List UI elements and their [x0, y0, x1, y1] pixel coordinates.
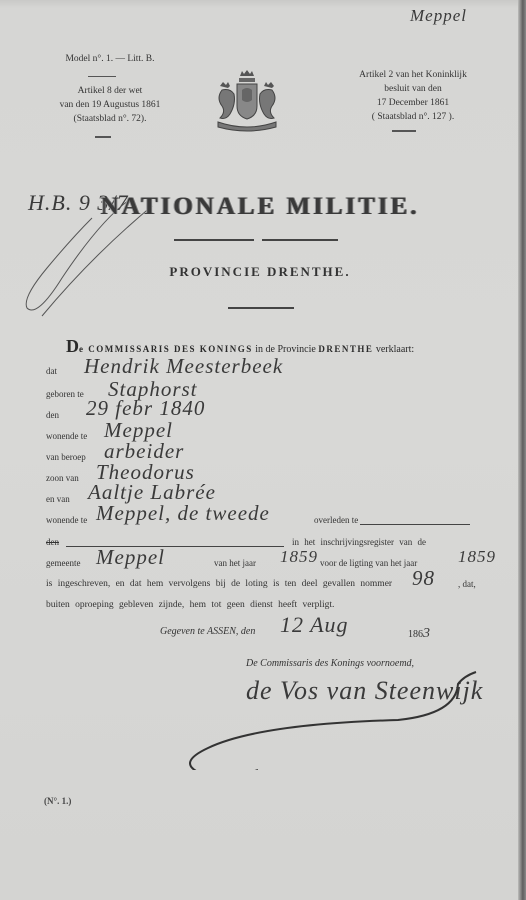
- given-year: 1863: [408, 626, 431, 642]
- field-label: wonende te: [46, 515, 87, 525]
- blank-line: [360, 524, 470, 525]
- field-label: zoon van: [46, 473, 79, 483]
- document-page: Meppel Model n°. 1. — Litt. B. Artikel 8…: [0, 0, 518, 900]
- field-value-parents-residence: Meppel, de tweede: [96, 501, 270, 526]
- royal-coat-of-arms-icon: [212, 68, 282, 134]
- lottery-line: is ingeschreven, en dat hem vervolgens b…: [46, 579, 392, 589]
- lottery-number: 98: [412, 566, 435, 591]
- divider: [262, 239, 338, 241]
- divider: [174, 239, 254, 241]
- divider: [392, 130, 416, 132]
- service-line: buiten oproeping gebleven zijnde, hem to…: [46, 600, 334, 610]
- signature-flourish-icon: [170, 660, 490, 770]
- page-title: NATIONALE MILITIE.: [80, 193, 440, 221]
- header-right-decree: Artikel 2 van het Koninklijk besluit van…: [338, 68, 488, 124]
- given-at: Gegeven te ASSEN, den: [160, 626, 255, 637]
- ligting-value: 1859: [458, 547, 496, 567]
- jaar-label: van het jaar: [214, 558, 256, 568]
- field-label: geboren te: [46, 389, 84, 399]
- den-label: den: [46, 537, 59, 547]
- gemeente-label: gemeente: [46, 558, 80, 568]
- field-label: den: [46, 410, 59, 420]
- header-left-law: Artikel 8 der wet van den 19 Augustus 18…: [40, 84, 180, 126]
- field-value-name: Hendrik Meesterbeek: [84, 354, 283, 379]
- given-date: 12 Aug: [280, 612, 349, 638]
- ligting-label: voor de ligting van het jaar: [320, 558, 417, 568]
- register-text: in het inschrijvingsregister van de: [292, 537, 426, 547]
- model-number: Model n°. 1. — Litt. B.: [40, 54, 180, 64]
- divider: [95, 136, 111, 138]
- page-edge: [518, 0, 526, 900]
- divider: [88, 76, 116, 77]
- top-right-annotation: Meppel: [410, 6, 467, 26]
- lottery-line-end: , dat,: [458, 579, 476, 589]
- field-label: en van: [46, 494, 70, 504]
- field-label: dat: [46, 366, 57, 376]
- deceased-label: overleden te: [314, 515, 358, 525]
- jaar-value: 1859: [280, 547, 318, 567]
- province-heading: PROVINCIE DRENTHE.: [80, 264, 440, 280]
- gemeente-value: Meppel: [96, 545, 165, 570]
- footer-number: (N°. 1.): [44, 796, 71, 806]
- divider: [228, 307, 294, 309]
- field-label: wonende te: [46, 431, 87, 441]
- field-label: van beroep: [46, 452, 86, 462]
